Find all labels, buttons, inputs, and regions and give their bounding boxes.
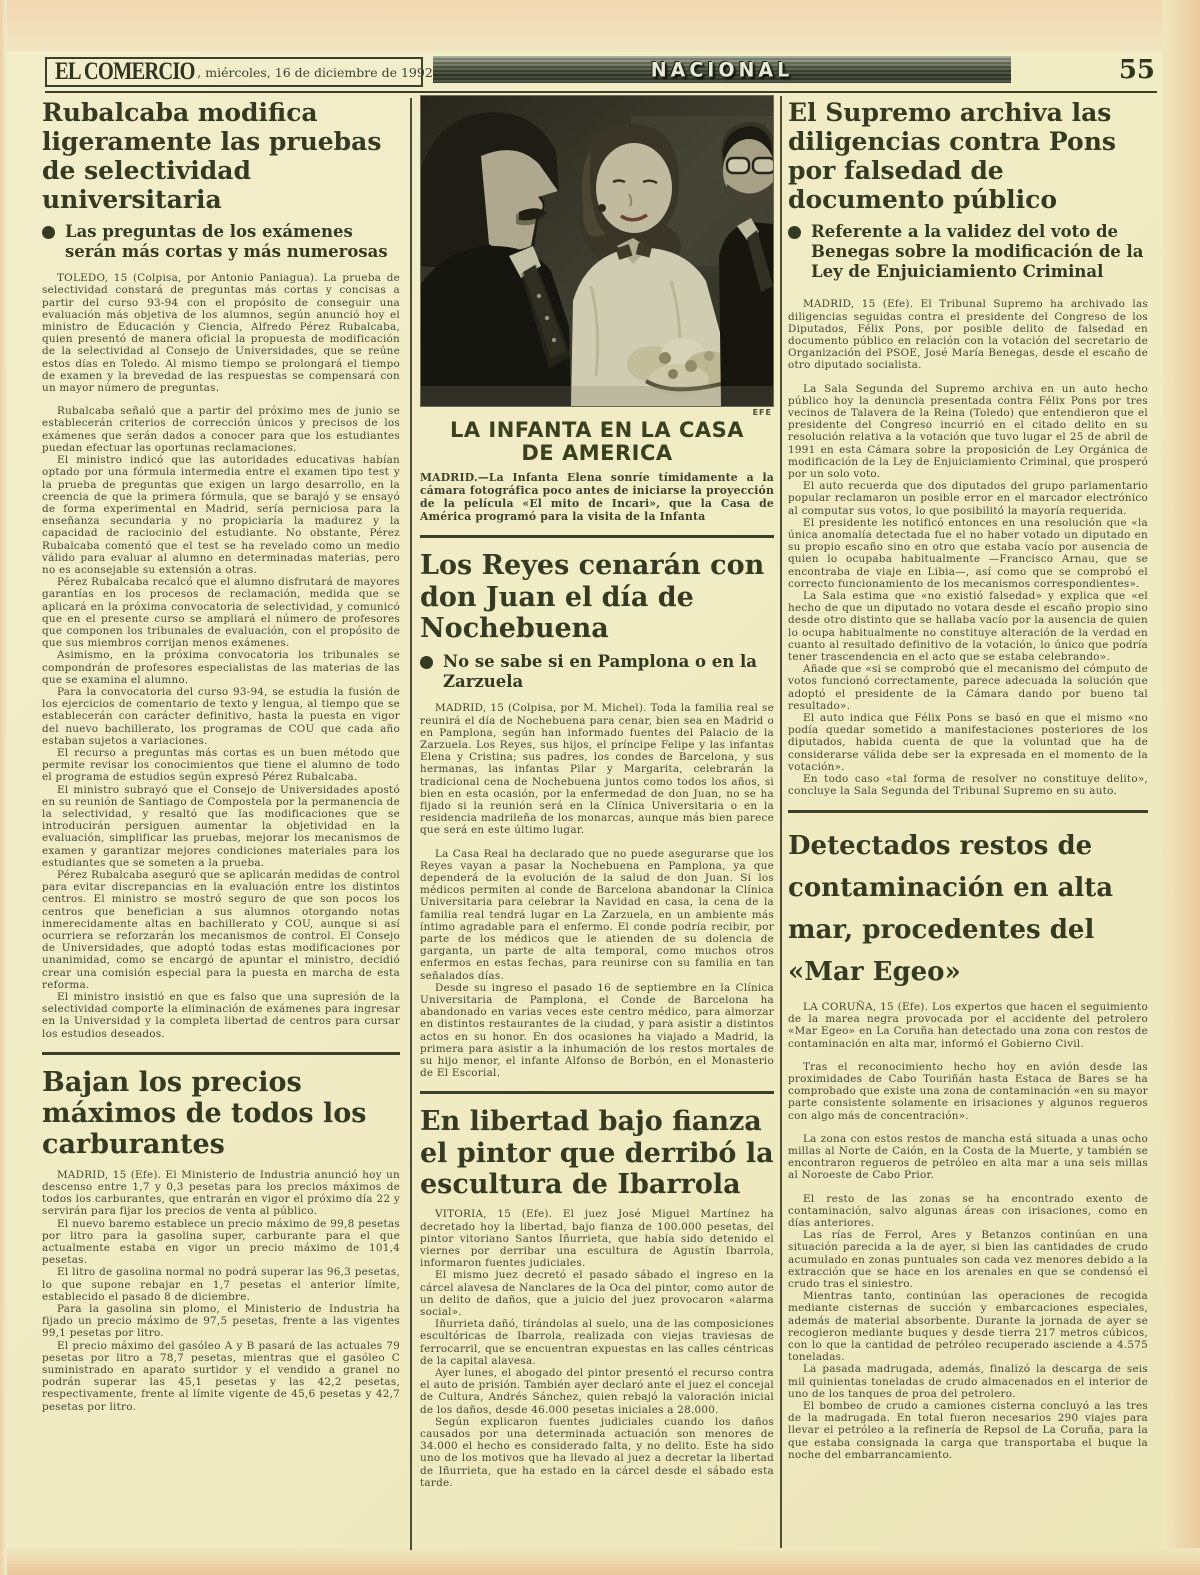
article-headline: Rubalcaba modifica ligeramente las prueb… xyxy=(42,98,400,214)
article-body: La Casa Real ha declarado que no puede a… xyxy=(420,848,774,1080)
subhead-text: Las preguntas de los exámenes serán más … xyxy=(65,222,400,262)
article-body: La Sala Segunda del Supremo archiva en u… xyxy=(788,383,1148,798)
paragraph: Las rías de Ferrol, Ares y Betanzos cont… xyxy=(788,1229,1148,1290)
article-rubalcaba: Rubalcaba modifica ligeramente las prueb… xyxy=(42,98,400,1040)
newspaper-page: EL COMERCIO , miércoles, 16 de diciembre… xyxy=(0,0,1200,1575)
paragraph: Tras el reconocimiento hecho hoy en avió… xyxy=(788,1061,1148,1122)
masthead-logo: EL COMERCIO xyxy=(55,58,195,86)
paragraph: El auto recuerda que dos diputados del g… xyxy=(788,480,1148,517)
section-title: NACIONAL xyxy=(651,58,793,81)
article-carburantes: Bajan los precios máximos de todos los c… xyxy=(42,1067,400,1413)
subhead-text: No se sabe si en Pamplona o en la Zarzue… xyxy=(443,652,774,692)
subhead-text: Referente a la validez del voto de Beneg… xyxy=(811,222,1148,282)
paragraph: El recurso a preguntas más cortas es un … xyxy=(42,747,400,784)
article-headline: El Supremo archiva las diligencias contr… xyxy=(788,98,1148,214)
paragraph: MADRID, 15 (Efe). El Ministerio de Indus… xyxy=(42,1169,400,1218)
column-divider-right xyxy=(780,96,782,1548)
paragraph: El nuevo baremo establece un precio máxi… xyxy=(42,1218,400,1267)
article-body: TOLEDO, 15 (Colpisa, por Antonio Paniagu… xyxy=(42,272,400,394)
article-reyes: Los Reyes cenarán con don Juan el día de… xyxy=(420,550,774,1079)
section-rule xyxy=(420,1091,774,1094)
paragraph: Pérez Rubalcaba aseguró que se aplicarán… xyxy=(42,869,400,991)
edition-date: , miércoles, 16 de diciembre de 1992 xyxy=(197,65,433,80)
paragraph: Según explicaron fuentes judiciales cuan… xyxy=(420,1416,774,1489)
paragraph: MADRID, 15 (Colpisa, por M. Michel). Tod… xyxy=(420,702,774,836)
bullet-icon xyxy=(788,226,801,239)
column-left: Rubalcaba modifica ligeramente las prueb… xyxy=(42,98,400,1413)
scan-margin-left xyxy=(0,0,7,1575)
article-body: VITORIA, 15 (Efe). El juez José Miguel M… xyxy=(420,1208,774,1489)
photo-caption-title: LA INFANTA EN LA CASA DE AMERICA xyxy=(441,419,753,465)
paragraph: Mientras tanto, continúan las operacione… xyxy=(788,1290,1148,1363)
column-divider-left xyxy=(410,98,412,1550)
paragraph: Para la gasolina sin plomo, el Ministeri… xyxy=(42,1303,400,1340)
paragraph: El ministro insistió en que es falso que… xyxy=(42,991,400,1040)
paragraph: La Sala estima que «no existió falsedad»… xyxy=(788,590,1148,663)
paragraph: En todo caso «tal forma de resolver no c… xyxy=(788,773,1148,797)
paragraph: Ayer lunes, el abogado del pintor presen… xyxy=(420,1367,774,1416)
paragraph: La zona con estos restos de mancha está … xyxy=(788,1133,1148,1182)
article-headline: En libertad bajo fianza el pintor que de… xyxy=(420,1106,774,1200)
article-supremo: El Supremo archiva las diligencias contr… xyxy=(788,98,1148,798)
article-headline: Detectados restos de contaminación en al… xyxy=(788,825,1148,993)
bullet-icon xyxy=(420,656,433,669)
paragraph: El bombeo de crudo a camiones cisterna c… xyxy=(788,1400,1148,1461)
paragraph: El ministro indicó que las autoridades e… xyxy=(42,454,400,576)
article-body: El resto de las zonas se ha encontrado e… xyxy=(788,1193,1148,1461)
paragraph: Asimismo, en la próxima convocatoria los… xyxy=(42,649,400,686)
article-body: LA CORUÑA, 15 (Efe). Los expertos que ha… xyxy=(788,1001,1148,1050)
article-body: Tras el reconocimiento hecho hoy en avió… xyxy=(788,1061,1148,1122)
photo-caption-text: MADRID.—La Infanta Elena sonríe tímidame… xyxy=(420,471,774,523)
article-body: Rubalcaba señaló que a partir del próxim… xyxy=(42,405,400,1040)
paragraph: El precio máximo del gasóleo A y B pasar… xyxy=(42,1340,400,1413)
section-rule xyxy=(788,810,1148,813)
paragraph: Pérez Rubalcaba recalcó que el alumno di… xyxy=(42,576,400,649)
paragraph: MADRID, 15 (Efe). El Tribunal Supremo ha… xyxy=(788,298,1148,371)
paragraph: La Casa Real ha declarado que no puede a… xyxy=(420,848,774,982)
section-rule xyxy=(42,1052,400,1055)
paragraph: El presidente les notificó entonces en u… xyxy=(788,517,1148,590)
paragraph: TOLEDO, 15 (Colpisa, por Antonio Paniagu… xyxy=(42,272,400,394)
paragraph: Para la convocatoria del curso 93-94, se… xyxy=(42,686,400,747)
article-body: MADRID, 15 (Efe). El Ministerio de Indus… xyxy=(42,1169,400,1413)
paragraph: Rubalcaba señaló que a partir del próxim… xyxy=(42,405,400,454)
article-body: MADRID, 15 (Colpisa, por M. Michel). Tod… xyxy=(420,702,774,836)
paragraph: VITORIA, 15 (Efe). El juez José Miguel M… xyxy=(420,1208,774,1269)
section-rule xyxy=(420,535,774,538)
paragraph: El auto indica que Félix Pons se basó en… xyxy=(788,712,1148,773)
paragraph: Iñurrieta dañó, tirándolas al suelo, una… xyxy=(420,1318,774,1367)
column-right: El Supremo archiva las diligencias contr… xyxy=(788,98,1148,1461)
article-body: MADRID, 15 (Efe). El Tribunal Supremo ha… xyxy=(788,298,1148,371)
article-mar-egeo: Detectados restos de contaminación en al… xyxy=(788,825,1148,1462)
column-middle: EFE LA INFANTA EN LA CASA DE AMERICA MAD… xyxy=(420,95,774,1489)
paragraph: El resto de las zonas se ha encontrado e… xyxy=(788,1193,1148,1230)
article-body: La zona con estos restos de mancha está … xyxy=(788,1133,1148,1182)
photo-credit: EFE xyxy=(420,408,772,417)
paragraph: Añade que «si se comprobó que el mecanis… xyxy=(788,663,1148,712)
news-photo-figure: EFE LA INFANTA EN LA CASA DE AMERICA MAD… xyxy=(420,95,774,523)
article-subhead: Las preguntas de los exámenes serán más … xyxy=(42,222,400,262)
news-photo xyxy=(420,95,774,407)
scan-margin-top xyxy=(0,0,1200,52)
paragraph: La pasada madrugada, además, finalizó la… xyxy=(788,1363,1148,1400)
article-subhead: Referente a la validez del voto de Beneg… xyxy=(788,222,1148,282)
scan-margin-bottom xyxy=(0,1548,1200,1575)
paragraph: LA CORUÑA, 15 (Efe). Los expertos que ha… xyxy=(788,1001,1148,1050)
paragraph: El ministro subrayó que el Consejo de Un… xyxy=(42,784,400,869)
page-number: 55 xyxy=(1119,55,1155,85)
photo-caption-block: LA INFANTA EN LA CASA DE AMERICA MADRID.… xyxy=(420,419,774,523)
paragraph: El litro de gasolina normal no podrá sup… xyxy=(42,1266,400,1303)
paragraph: La Sala Segunda del Supremo archiva en u… xyxy=(788,383,1148,481)
section-banner: NACIONAL xyxy=(433,56,1011,83)
paragraph: El mismo juez decretó el pasado sábado e… xyxy=(420,1269,774,1318)
article-headline: Bajan los precios máximos de todos los c… xyxy=(42,1067,400,1161)
article-pintor: En libertad bajo fianza el pintor que de… xyxy=(420,1106,774,1489)
article-headline: Los Reyes cenarán con don Juan el día de… xyxy=(420,550,774,644)
masthead-box: EL COMERCIO , miércoles, 16 de diciembre… xyxy=(45,57,423,87)
paragraph: Desde su ingreso el pasado 16 de septiem… xyxy=(420,982,774,1080)
scan-margin-right xyxy=(1162,0,1200,1575)
article-subhead: No se sabe si en Pamplona o en la Zarzue… xyxy=(420,652,774,692)
photo-illustration xyxy=(421,96,773,406)
bullet-icon xyxy=(42,226,55,239)
page-header: EL COMERCIO , miércoles, 16 de diciembre… xyxy=(45,57,1157,93)
